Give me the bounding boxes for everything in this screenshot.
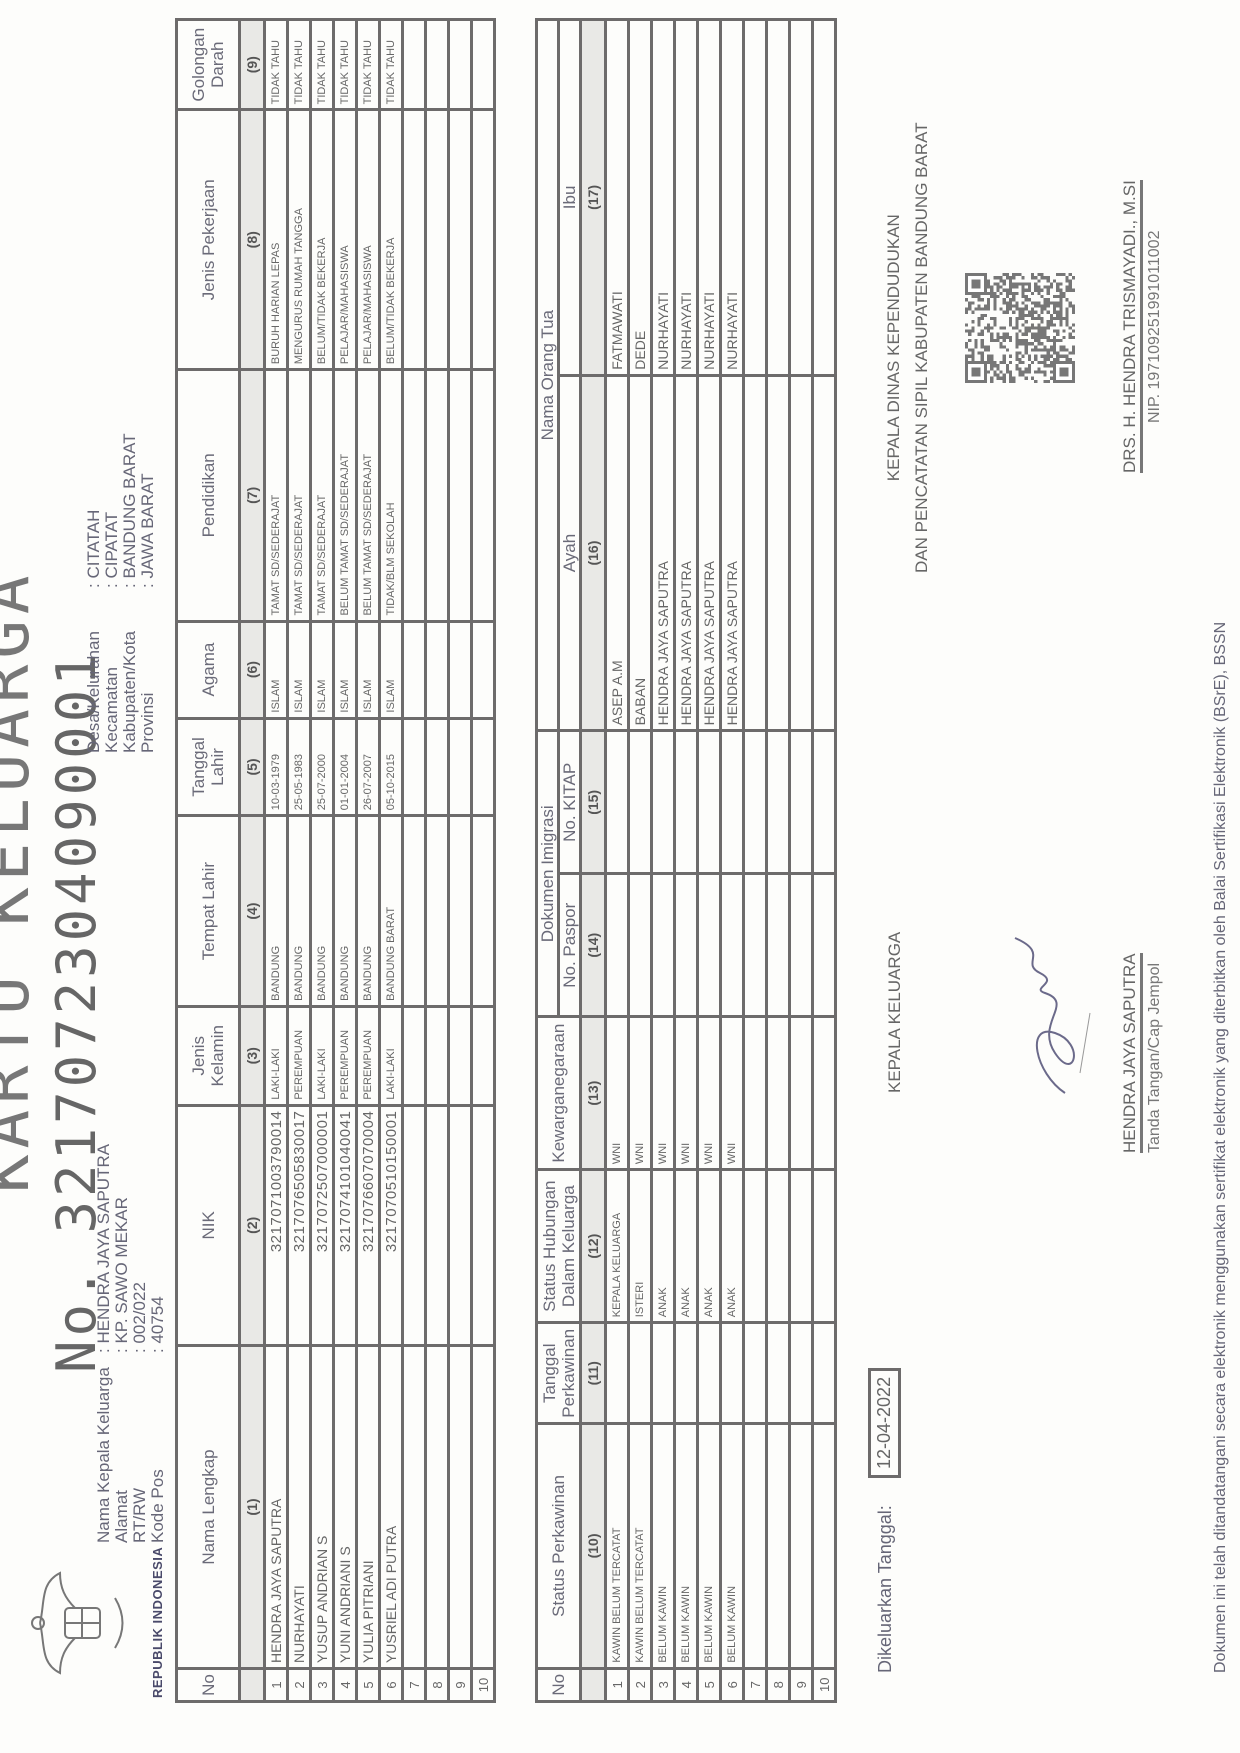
cell-family-relationship: ANAK bbox=[652, 1170, 675, 1323]
cell-birthdate bbox=[403, 718, 426, 816]
table-row: 9 bbox=[790, 20, 813, 1702]
cell-birthplace: BANDUNG bbox=[357, 816, 380, 1007]
col-gender: Jenis Kelamin bbox=[177, 1006, 240, 1105]
col-kitap-no: No. KITAP bbox=[559, 731, 581, 874]
cell-kitap-no bbox=[652, 731, 675, 874]
table-row: 6YUSRIEL ADI PUTRA3217070510150001LAKI-L… bbox=[380, 20, 403, 1702]
cell-blood-type bbox=[403, 20, 426, 110]
cell-religion: ISLAM bbox=[334, 621, 357, 718]
status-table-column-numbers: (10)(11)(12)(13)(14)(15)(16)(17) bbox=[581, 20, 606, 1702]
cell-family-relationship bbox=[767, 1170, 790, 1323]
electronic-signature-note: Dokumen ini telah ditandatangani secara … bbox=[1212, 622, 1230, 1673]
cell-father: HENDRA JAYA SAPUTRA bbox=[698, 375, 721, 731]
cell-kitap-no bbox=[675, 731, 698, 874]
cell-religion: ISLAM bbox=[380, 621, 403, 718]
cell-marital-status: BELUM KAWIN bbox=[675, 1424, 698, 1668]
col-birthplace: Tempat Lahir bbox=[177, 816, 240, 1007]
cell-occupation: BELUM/TIDAK BEKERJA bbox=[311, 110, 334, 370]
header-right-values: : CITATAH : CIPATAT : BANDUNG BARAT : JA… bbox=[85, 433, 157, 588]
status-table-header-row1: No Status Perkawinan Tanggal Perkawinan … bbox=[537, 20, 559, 1702]
table-row: 8 bbox=[767, 20, 790, 1702]
cell-no: 2 bbox=[629, 1668, 652, 1701]
official-name: DRS. H. HENDRA TRISMAYADI., M.SI bbox=[1120, 180, 1143, 473]
table-row: 5BELUM KAWINANAKWNIHENDRA JAYA SAPUTRANU… bbox=[698, 20, 721, 1702]
col-citizenship: Kewarganegaraan bbox=[537, 1017, 581, 1170]
cell-family-relationship: ANAK bbox=[698, 1170, 721, 1323]
column-number bbox=[581, 1668, 606, 1701]
cell-nik bbox=[426, 1105, 449, 1345]
cell-kitap-no bbox=[744, 731, 767, 874]
cell-blood-type bbox=[449, 20, 472, 110]
cell-full-name: HENDRA JAYA SAPUTRA bbox=[265, 1345, 288, 1668]
cell-marriage-date bbox=[652, 1323, 675, 1424]
cell-full-name: YUNI ANDRIANI S bbox=[334, 1345, 357, 1668]
cell-religion: ISLAM bbox=[357, 621, 380, 718]
cell-kitap-no bbox=[698, 731, 721, 874]
cell-no: 1 bbox=[265, 1669, 288, 1702]
cell-marriage-date bbox=[790, 1323, 813, 1424]
table-row: 8 bbox=[426, 20, 449, 1702]
cell-education bbox=[403, 370, 426, 621]
cell-marriage-date bbox=[721, 1323, 744, 1424]
value-head-of-family: : HENDRA JAYA SAPUTRA bbox=[95, 1144, 113, 1353]
table-row: 4BELUM KAWINANAKWNIHENDRA JAYA SAPUTRANU… bbox=[675, 20, 698, 1702]
cell-nik bbox=[472, 1105, 495, 1345]
cell-birthplace bbox=[426, 816, 449, 1007]
cell-mother: NURHAYATI bbox=[721, 20, 744, 376]
cell-mother bbox=[813, 20, 836, 376]
cell-education: TAMAT SD/SEDERAJAT bbox=[265, 370, 288, 621]
col-passport-no: No. Paspor bbox=[559, 874, 581, 1017]
cell-no: 6 bbox=[721, 1668, 744, 1701]
column-number: (14) bbox=[581, 874, 606, 1017]
cell-religion bbox=[426, 621, 449, 718]
cell-religion bbox=[403, 621, 426, 718]
cell-birthplace: BANDUNG bbox=[311, 816, 334, 1007]
cell-occupation: BURUH HARIAN LEPAS bbox=[265, 110, 288, 370]
cell-blood-type bbox=[426, 20, 449, 110]
cell-citizenship: WNI bbox=[606, 1017, 629, 1170]
cell-citizenship: WNI bbox=[721, 1017, 744, 1170]
column-number: (3) bbox=[240, 1006, 265, 1105]
table-row: 3BELUM KAWINANAKWNIHENDRA JAYA SAPUTRANU… bbox=[652, 20, 675, 1702]
cell-mother bbox=[790, 20, 813, 376]
cell-citizenship bbox=[813, 1017, 836, 1170]
cell-education: BELUM TAMAT SD/SEDERAJAT bbox=[334, 370, 357, 621]
cell-marital-status bbox=[744, 1424, 767, 1668]
col-nik: NIK bbox=[177, 1105, 240, 1345]
members-table-header: NoNama LengkapNIKJenis KelaminTempat Lah… bbox=[177, 20, 240, 1702]
cell-religion bbox=[472, 621, 495, 718]
cell-birthplace: BANDUNG bbox=[265, 816, 288, 1007]
cell-father bbox=[767, 375, 790, 731]
signature-icon bbox=[995, 913, 1105, 1113]
cell-nik: 3217071003790014 bbox=[265, 1105, 288, 1345]
col-father: Ayah bbox=[559, 375, 581, 731]
cell-full-name: YUSRIEL ADI PUTRA bbox=[380, 1345, 403, 1668]
cell-marital-status: KAWIN BELUM TERCATAT bbox=[629, 1424, 652, 1668]
emblem-label: REPUBLIK INDONESIA bbox=[150, 1547, 165, 1698]
cell-marital-status: BELUM KAWIN bbox=[652, 1424, 675, 1668]
document-title: KARTU KELUARGA bbox=[0, 570, 44, 1193]
cell-marriage-date bbox=[606, 1323, 629, 1424]
cell-occupation: PELAJAR/MAHASISWA bbox=[334, 110, 357, 370]
column-number: (10) bbox=[581, 1424, 606, 1668]
issued-date-label: Dikeluarkan Tanggal: bbox=[875, 1505, 896, 1673]
cell-blood-type: TIDAK TAHU bbox=[357, 20, 380, 110]
cell-passport-no bbox=[629, 874, 652, 1017]
cell-citizenship bbox=[744, 1017, 767, 1170]
cell-kitap-no bbox=[721, 731, 744, 874]
cell-occupation bbox=[403, 110, 426, 370]
cell-birthplace bbox=[449, 816, 472, 1007]
cell-father bbox=[813, 375, 836, 731]
cell-birthplace: BANDUNG BARAT bbox=[380, 816, 403, 1007]
cell-full-name: YULIA PITRIANI bbox=[357, 1345, 380, 1668]
label-district: Kecamatan bbox=[103, 631, 121, 753]
value-district: : CIPATAT bbox=[103, 433, 121, 588]
col-parents-names: Nama Orang Tua bbox=[537, 20, 559, 731]
cell-marriage-date bbox=[675, 1323, 698, 1424]
table-row: 10 bbox=[472, 20, 495, 1702]
cell-no: 10 bbox=[813, 1668, 836, 1701]
cell-passport-no bbox=[652, 874, 675, 1017]
label-rt-rw: RT/RW bbox=[131, 1367, 149, 1543]
column-number: (17) bbox=[581, 20, 606, 376]
cell-marriage-date bbox=[744, 1323, 767, 1424]
issued-date-value: 12-04-2022 bbox=[868, 1368, 901, 1478]
cell-no: 5 bbox=[357, 1669, 380, 1702]
cell-religion: ISLAM bbox=[288, 621, 311, 718]
official-title-line2: DAN PENCATATAN SIPIL KABUPATEN BANDUNG B… bbox=[908, 122, 936, 573]
header-left-values: : HENDRA JAYA SAPUTRA : KP. SAWO MEKAR :… bbox=[95, 1144, 167, 1353]
column-number: (12) bbox=[581, 1170, 606, 1323]
cell-birthplace bbox=[403, 816, 426, 1007]
cell-occupation: MENGURUS RUMAH TANGGA bbox=[288, 110, 311, 370]
cell-family-relationship: ANAK bbox=[721, 1170, 744, 1323]
cell-full-name bbox=[403, 1345, 426, 1668]
members-table-column-numbers: (1)(2)(3)(4)(5)(6)(7)(8)(9) bbox=[240, 20, 265, 1702]
cell-citizenship: WNI bbox=[698, 1017, 721, 1170]
cell-no: 9 bbox=[449, 1669, 472, 1702]
cell-father bbox=[744, 375, 767, 731]
cell-passport-no bbox=[721, 874, 744, 1017]
cell-marital-status bbox=[790, 1424, 813, 1668]
cell-kitap-no bbox=[813, 731, 836, 874]
header-right-labels: Desa/Kelurahan Kecamatan Kabupaten/Kota … bbox=[85, 631, 157, 753]
cell-blood-type: TIDAK TAHU bbox=[288, 20, 311, 110]
cell-marital-status: BELUM KAWIN bbox=[698, 1424, 721, 1668]
cell-passport-no bbox=[744, 874, 767, 1017]
cell-education bbox=[426, 370, 449, 621]
head-of-family-sign-title: KEPALA KELUARGA bbox=[885, 932, 905, 1093]
cell-kitap-no bbox=[790, 731, 813, 874]
cell-education bbox=[472, 370, 495, 621]
cell-no: 7 bbox=[744, 1668, 767, 1701]
cell-no: 4 bbox=[334, 1669, 357, 1702]
column-number: (15) bbox=[581, 731, 606, 874]
qr-code-icon bbox=[950, 273, 1090, 383]
column-number: (4) bbox=[240, 816, 265, 1007]
cell-family-relationship: ISTERI bbox=[629, 1170, 652, 1323]
cell-marital-status: BELUM KAWIN bbox=[721, 1424, 744, 1668]
cell-marital-status bbox=[767, 1424, 790, 1668]
label-regency: Kabupaten/Kota bbox=[121, 631, 139, 753]
cell-father: HENDRA JAYA SAPUTRA bbox=[721, 375, 744, 731]
cell-blood-type: TIDAK TAHU bbox=[334, 20, 357, 110]
cell-nik: 3217076505830017 bbox=[288, 1105, 311, 1345]
cell-occupation bbox=[426, 110, 449, 370]
label-address: Alamat bbox=[113, 1367, 131, 1543]
cell-gender: LAKI-LAKI bbox=[265, 1006, 288, 1105]
official-title: KEPALA DINAS KEPENDUDUKAN DAN PENCATATAN… bbox=[880, 122, 936, 573]
cell-passport-no bbox=[698, 874, 721, 1017]
column-number bbox=[240, 1669, 265, 1702]
cell-kitap-no bbox=[606, 731, 629, 874]
cell-citizenship: WNI bbox=[675, 1017, 698, 1170]
cell-mother: NURHAYATI bbox=[698, 20, 721, 376]
cell-birthdate: 01-01-2004 bbox=[334, 718, 357, 816]
table-row: 1HENDRA JAYA SAPUTRA3217071003790014LAKI… bbox=[265, 20, 288, 1702]
cell-no: 3 bbox=[652, 1668, 675, 1701]
cell-occupation: PELAJAR/MAHASISWA bbox=[357, 110, 380, 370]
value-province: : JAWA BARAT bbox=[139, 433, 157, 588]
cell-occupation bbox=[449, 110, 472, 370]
cell-religion: ISLAM bbox=[265, 621, 288, 718]
cell-marriage-date bbox=[698, 1323, 721, 1424]
value-address: : KP. SAWO MEKAR bbox=[113, 1144, 131, 1353]
column-number: (7) bbox=[240, 370, 265, 621]
official-title-line1: KEPALA DINAS KEPENDUDUKAN bbox=[880, 122, 908, 573]
cell-father: BABAN bbox=[629, 375, 652, 731]
column-number: (11) bbox=[581, 1323, 606, 1424]
cell-birthdate bbox=[449, 718, 472, 816]
cell-mother: NURHAYATI bbox=[675, 20, 698, 376]
cell-kitap-no bbox=[767, 731, 790, 874]
cell-birthplace: BANDUNG bbox=[288, 816, 311, 1007]
table-row: 6BELUM KAWINANAKWNIHENDRA JAYA SAPUTRANU… bbox=[721, 20, 744, 1702]
column-number: (16) bbox=[581, 375, 606, 731]
cell-gender: PEREMPUAN bbox=[334, 1006, 357, 1105]
cell-family-relationship: KEPALA KELUARGA bbox=[606, 1170, 629, 1323]
cell-nik bbox=[449, 1105, 472, 1345]
official-nip: NIP. 197109251991011002 bbox=[1146, 231, 1164, 423]
cell-gender bbox=[472, 1006, 495, 1105]
table-row: 4YUNI ANDRIANI S3217074101040041PEREMPUA… bbox=[334, 20, 357, 1702]
cell-occupation: BELUM/TIDAK BEKERJA bbox=[380, 110, 403, 370]
cell-passport-no bbox=[675, 874, 698, 1017]
cell-mother: NURHAYATI bbox=[652, 20, 675, 376]
table-row: 9 bbox=[449, 20, 472, 1702]
value-rt-rw: : 002/022 bbox=[131, 1144, 149, 1353]
cell-father: HENDRA JAYA SAPUTRA bbox=[675, 375, 698, 731]
cell-education bbox=[449, 370, 472, 621]
cell-education: BELUM TAMAT SD/SEDERAJAT bbox=[357, 370, 380, 621]
cell-full-name: NURHAYATI bbox=[288, 1345, 311, 1668]
column-number: (13) bbox=[581, 1017, 606, 1170]
label-village: Desa/Kelurahan bbox=[85, 631, 103, 753]
table-row: 1KAWIN BELUM TERCATATKEPALA KELUARGAWNIA… bbox=[606, 20, 629, 1702]
cell-passport-no bbox=[813, 874, 836, 1017]
cell-religion bbox=[449, 621, 472, 718]
header-left-labels: Nama Kepala Keluarga Alamat RT/RW Kode P… bbox=[95, 1367, 167, 1543]
column-number: (1) bbox=[240, 1345, 265, 1668]
table-row: 2NURHAYATI3217076505830017PEREMPUANBANDU… bbox=[288, 20, 311, 1702]
cell-mother: DEDE bbox=[629, 20, 652, 376]
cell-father bbox=[790, 375, 813, 731]
cell-gender: LAKI-LAKI bbox=[380, 1006, 403, 1105]
col-education: Pendidikan bbox=[177, 370, 240, 621]
cell-nik: 3217070510150001 bbox=[380, 1105, 403, 1345]
table-row: 2KAWIN BELUM TERCATATISTERIWNIBABANDEDE bbox=[629, 20, 652, 1702]
cell-blood-type: TIDAK TAHU bbox=[265, 20, 288, 110]
table-row: 10 bbox=[813, 20, 836, 1702]
cell-full-name: YUSUP ANDRIAN S bbox=[311, 1345, 334, 1668]
col-no: No bbox=[177, 1669, 240, 1702]
cell-gender bbox=[403, 1006, 426, 1105]
cell-marriage-date bbox=[813, 1323, 836, 1424]
cell-mother bbox=[767, 20, 790, 376]
cell-blood-type bbox=[472, 20, 495, 110]
cell-citizenship: WNI bbox=[629, 1017, 652, 1170]
column-number: (2) bbox=[240, 1105, 265, 1345]
table-row: 3YUSUP ANDRIAN S3217072507000001LAKI-LAK… bbox=[311, 20, 334, 1702]
cell-mother bbox=[744, 20, 767, 376]
cell-father: HENDRA JAYA SAPUTRA bbox=[652, 375, 675, 731]
cell-no: 9 bbox=[790, 1668, 813, 1701]
table-row: 5YULIA PITRIANI3217076607070004PEREMPUAN… bbox=[357, 20, 380, 1702]
col-birthdate: Tanggal Lahir bbox=[177, 718, 240, 816]
cell-full-name bbox=[472, 1345, 495, 1668]
cell-marriage-date bbox=[629, 1323, 652, 1424]
cell-full-name bbox=[426, 1345, 449, 1668]
col-full-name: Nama Lengkap bbox=[177, 1345, 240, 1668]
cell-full-name bbox=[449, 1345, 472, 1668]
cell-family-relationship bbox=[744, 1170, 767, 1323]
value-village: : CITATAH bbox=[85, 433, 103, 588]
cell-nik: 3217074101040041 bbox=[334, 1105, 357, 1345]
cell-no: 10 bbox=[472, 1669, 495, 1702]
cell-passport-no bbox=[790, 874, 813, 1017]
cell-no: 3 bbox=[311, 1669, 334, 1702]
cell-birthdate bbox=[472, 718, 495, 816]
cell-father: ASEP A.M bbox=[606, 375, 629, 731]
cell-family-relationship bbox=[813, 1170, 836, 1323]
label-postal-code: Kode Pos bbox=[149, 1367, 167, 1543]
cell-religion: ISLAM bbox=[311, 621, 334, 718]
cell-education: TAMAT SD/SEDERAJAT bbox=[288, 370, 311, 621]
cell-no: 1 bbox=[606, 1668, 629, 1701]
cell-birthdate: 05-10-2015 bbox=[380, 718, 403, 816]
cell-nik bbox=[403, 1105, 426, 1345]
head-of-family-sign-name: HENDRA JAYA SAPUTRA bbox=[1120, 953, 1143, 1153]
value-postal-code: : 40754 bbox=[149, 1144, 167, 1353]
cell-marital-status bbox=[813, 1424, 836, 1668]
cell-kitap-no bbox=[629, 731, 652, 874]
cell-occupation bbox=[472, 110, 495, 370]
col-marriage-date: Tanggal Perkawinan bbox=[537, 1323, 581, 1424]
col-family-relationship: Status Hubungan Dalam Keluarga bbox=[537, 1170, 581, 1323]
cell-birthplace: BANDUNG bbox=[334, 816, 357, 1007]
column-number: (6) bbox=[240, 621, 265, 718]
cell-nik: 3217076607070004 bbox=[357, 1105, 380, 1345]
col-mother: Ibu bbox=[559, 20, 581, 376]
cell-blood-type: TIDAK TAHU bbox=[380, 20, 403, 110]
cell-gender bbox=[426, 1006, 449, 1105]
cell-citizenship bbox=[790, 1017, 813, 1170]
cell-birthplace bbox=[472, 816, 495, 1007]
column-number: (8) bbox=[240, 110, 265, 370]
cell-birthdate bbox=[426, 718, 449, 816]
cell-gender bbox=[449, 1006, 472, 1105]
table-row: 7 bbox=[744, 20, 767, 1702]
family-card-document: REPUBLIK INDONESIA KARTU KELUARGA No.321… bbox=[0, 0, 1240, 1753]
cell-education: TIDAK/BLM SEKOLAH bbox=[380, 370, 403, 621]
col-blood-type: Golongan Darah bbox=[177, 20, 240, 110]
cell-no: 5 bbox=[698, 1668, 721, 1701]
cell-no: 7 bbox=[403, 1669, 426, 1702]
head-of-family-sign-caption: Tanda Tangan/Cap Jempol bbox=[1146, 963, 1164, 1153]
cell-no: 8 bbox=[426, 1669, 449, 1702]
cell-birthdate: 26-07-2007 bbox=[357, 718, 380, 816]
cell-marriage-date bbox=[767, 1323, 790, 1424]
members-table: NoNama LengkapNIKJenis KelaminTempat Lah… bbox=[175, 18, 496, 1703]
col-immigration-docs: Dokumen Imigrasi bbox=[537, 731, 559, 1017]
cell-passport-no bbox=[606, 874, 629, 1017]
cell-gender: PEREMPUAN bbox=[357, 1006, 380, 1105]
cell-passport-no bbox=[767, 874, 790, 1017]
column-number: (5) bbox=[240, 718, 265, 816]
cell-family-relationship bbox=[790, 1170, 813, 1323]
cell-no: 6 bbox=[380, 1669, 403, 1702]
cell-citizenship: WNI bbox=[652, 1017, 675, 1170]
cell-marital-status: KAWIN BELUM TERCATAT bbox=[606, 1424, 629, 1668]
cell-birthdate: 25-07-2000 bbox=[311, 718, 334, 816]
cell-nik: 3217072507000001 bbox=[311, 1105, 334, 1345]
col-no: No bbox=[537, 1668, 581, 1701]
cell-education: TAMAT SD/SEDERAJAT bbox=[311, 370, 334, 621]
cell-birthdate: 10-03-1979 bbox=[265, 718, 288, 816]
cell-no: 4 bbox=[675, 1668, 698, 1701]
cell-family-relationship: ANAK bbox=[675, 1170, 698, 1323]
col-religion: Agama bbox=[177, 621, 240, 718]
table-row: 7 bbox=[403, 20, 426, 1702]
cell-blood-type: TIDAK TAHU bbox=[311, 20, 334, 110]
column-number: (9) bbox=[240, 20, 265, 110]
cell-gender: LAKI-LAKI bbox=[311, 1006, 334, 1105]
label-province: Provinsi bbox=[139, 631, 157, 753]
garuda-emblem-icon bbox=[20, 1563, 140, 1683]
cell-no: 2 bbox=[288, 1669, 311, 1702]
cell-mother: FATMAWATI bbox=[606, 20, 629, 376]
label-head-of-family: Nama Kepala Keluarga bbox=[95, 1367, 113, 1543]
col-marital-status: Status Perkawinan bbox=[537, 1424, 581, 1668]
col-occupation: Jenis Pekerjaan bbox=[177, 110, 240, 370]
cell-birthdate: 25-05-1983 bbox=[288, 718, 311, 816]
cell-gender: PEREMPUAN bbox=[288, 1006, 311, 1105]
cell-no: 8 bbox=[767, 1668, 790, 1701]
value-regency: : BANDUNG BARAT bbox=[121, 433, 139, 588]
status-table: No Status Perkawinan Tanggal Perkawinan … bbox=[535, 18, 837, 1703]
cell-citizenship bbox=[767, 1017, 790, 1170]
